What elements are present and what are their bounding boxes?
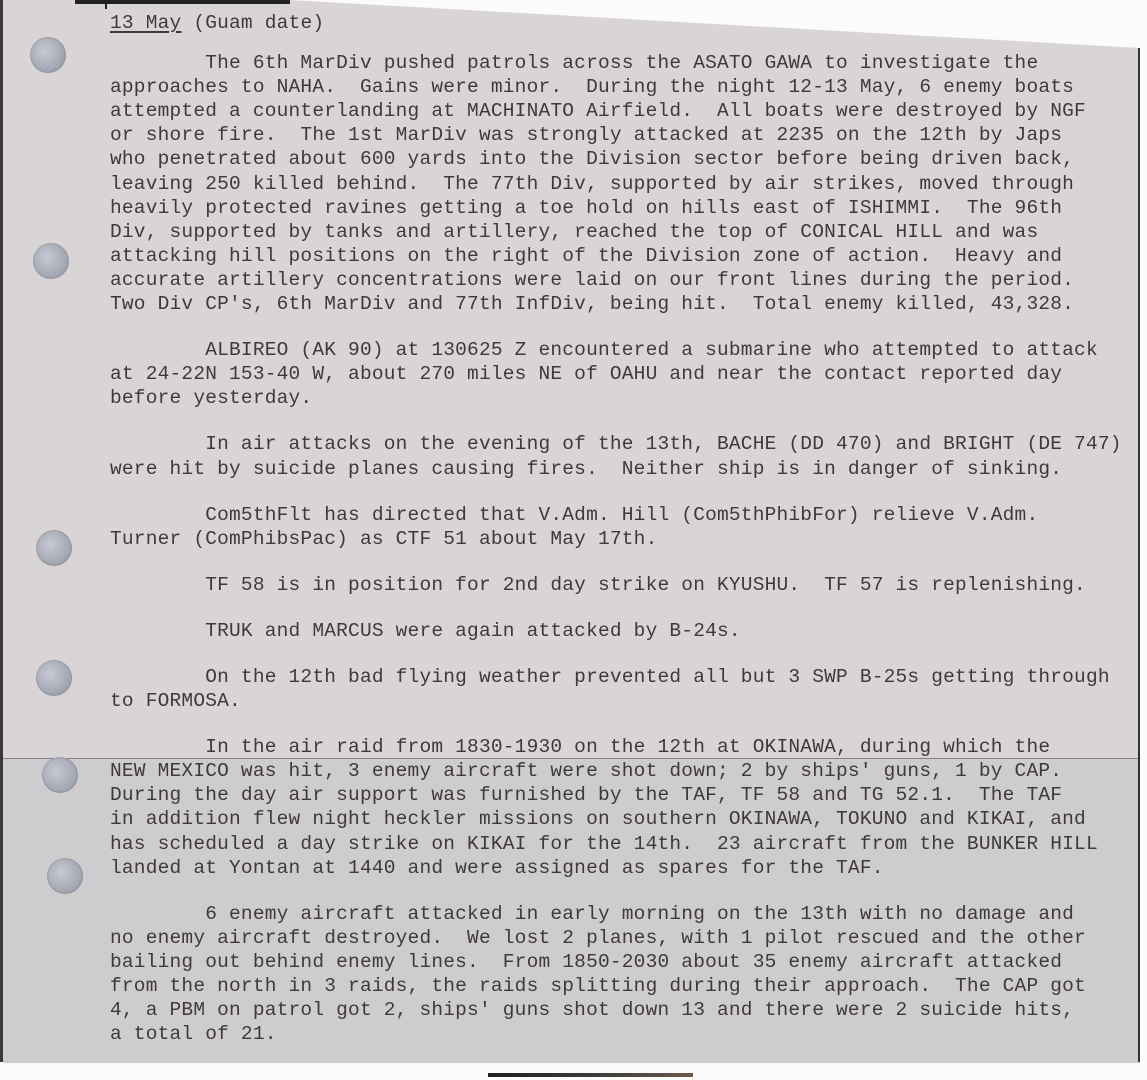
report-line: no enemy aircraft destroyed. We lost 2 p… xyxy=(110,926,1120,950)
report-line: bailing out behind enemy lines. From 185… xyxy=(110,950,1120,974)
report-line: from the north in 3 raids, the raids spl… xyxy=(110,974,1120,998)
report-line: attempted a counterlanding at MACHINATO … xyxy=(110,99,1120,123)
report-paragraph: In the air raid from 1830-1930 on the 12… xyxy=(110,735,1120,880)
report-line: a total of 21. xyxy=(110,1022,1120,1046)
report-line: Two Div CP's, 6th MarDiv and 77th InfDiv… xyxy=(110,292,1120,316)
punch-hole-icon xyxy=(47,858,83,894)
report-line: The 6th MarDiv pushed patrols across the… xyxy=(110,51,1120,75)
report-paragraph: Com5thFlt has directed that V.Adm. Hill … xyxy=(110,503,1120,551)
report-line: ALBIREO (AK 90) at 130625 Z encountered … xyxy=(110,338,1120,362)
report-line: TRUK and MARCUS were again attacked by B… xyxy=(110,619,1120,643)
date-heading: 13 May xyxy=(110,12,181,34)
report-paragraph: On the 12th bad flying weather prevented… xyxy=(110,665,1120,713)
punch-hole-icon xyxy=(33,243,69,279)
report-line: who penetrated about 600 yards into the … xyxy=(110,147,1120,171)
report-line: before yesterday. xyxy=(110,386,1120,410)
date-heading-line: 13 May (Guam date) xyxy=(110,11,1120,35)
page-edge-shadow xyxy=(1138,48,1140,1062)
top-rule xyxy=(75,0,290,4)
report-line: TF 58 is in position for 2nd day strike … xyxy=(110,573,1120,597)
punch-hole-icon xyxy=(36,530,72,566)
report-line: attacking hill positions on the right of… xyxy=(110,244,1120,268)
report-line: or shore fire. The 1st MarDiv was strong… xyxy=(110,123,1120,147)
report-line: In the air raid from 1830-1930 on the 12… xyxy=(110,735,1120,759)
date-note: (Guam date) xyxy=(193,12,324,34)
report-line: Turner (ComPhibsPac) as CTF 51 about May… xyxy=(110,527,1120,551)
report-paragraph: TF 58 is in position for 2nd day strike … xyxy=(110,573,1120,597)
report-line: at 24-22N 153-40 W, about 270 miles NE o… xyxy=(110,362,1120,386)
report-line: in addition flew night heckler missions … xyxy=(110,807,1120,831)
report-line: NEW MEXICO was hit, 3 enemy aircraft wer… xyxy=(110,759,1120,783)
report-paragraph: 6 enemy aircraft attacked in early morni… xyxy=(110,902,1120,1047)
typewritten-report: 13 May (Guam date) The 6th MarDiv pushed… xyxy=(110,11,1120,1068)
report-line: Div, supported by tanks and artillery, r… xyxy=(110,220,1120,244)
report-line: 6 enemy aircraft attacked in early morni… xyxy=(110,902,1120,926)
report-body: The 6th MarDiv pushed patrols across the… xyxy=(110,51,1120,1046)
report-paragraph: In air attacks on the evening of the 13t… xyxy=(110,432,1120,480)
report-line: heavily protected ravines getting a toe … xyxy=(110,196,1120,220)
report-line: During the day air support was furnished… xyxy=(110,783,1120,807)
report-line: Com5thFlt has directed that V.Adm. Hill … xyxy=(110,503,1120,527)
punch-hole-icon xyxy=(42,757,78,793)
report-line: 4, a PBM on patrol got 2, ships' guns sh… xyxy=(110,998,1120,1022)
report-line: leaving 250 killed behind. The 77th Div,… xyxy=(110,172,1120,196)
report-line: On the 12th bad flying weather prevented… xyxy=(110,665,1120,689)
report-line: to FORMOSA. xyxy=(110,689,1120,713)
report-line: were hit by suicide planes causing fires… xyxy=(110,457,1120,481)
bottom-rule xyxy=(488,1073,693,1077)
punch-hole-icon xyxy=(36,660,72,696)
report-line: In air attacks on the evening of the 13t… xyxy=(110,432,1120,456)
report-line: accurate artillery concentrations were l… xyxy=(110,268,1120,292)
punch-hole-icon xyxy=(30,37,66,73)
report-line: has scheduled a day strike on KIKAI for … xyxy=(110,832,1120,856)
top-rule-tick xyxy=(105,0,107,9)
report-paragraph: The 6th MarDiv pushed patrols across the… xyxy=(110,51,1120,316)
report-line: approaches to NAHA. Gains were minor. Du… xyxy=(110,75,1120,99)
report-line: landed at Yontan at 1440 and were assign… xyxy=(110,856,1120,880)
report-paragraph: ALBIREO (AK 90) at 130625 Z encountered … xyxy=(110,338,1120,410)
report-paragraph: TRUK and MARCUS were again attacked by B… xyxy=(110,619,1120,643)
